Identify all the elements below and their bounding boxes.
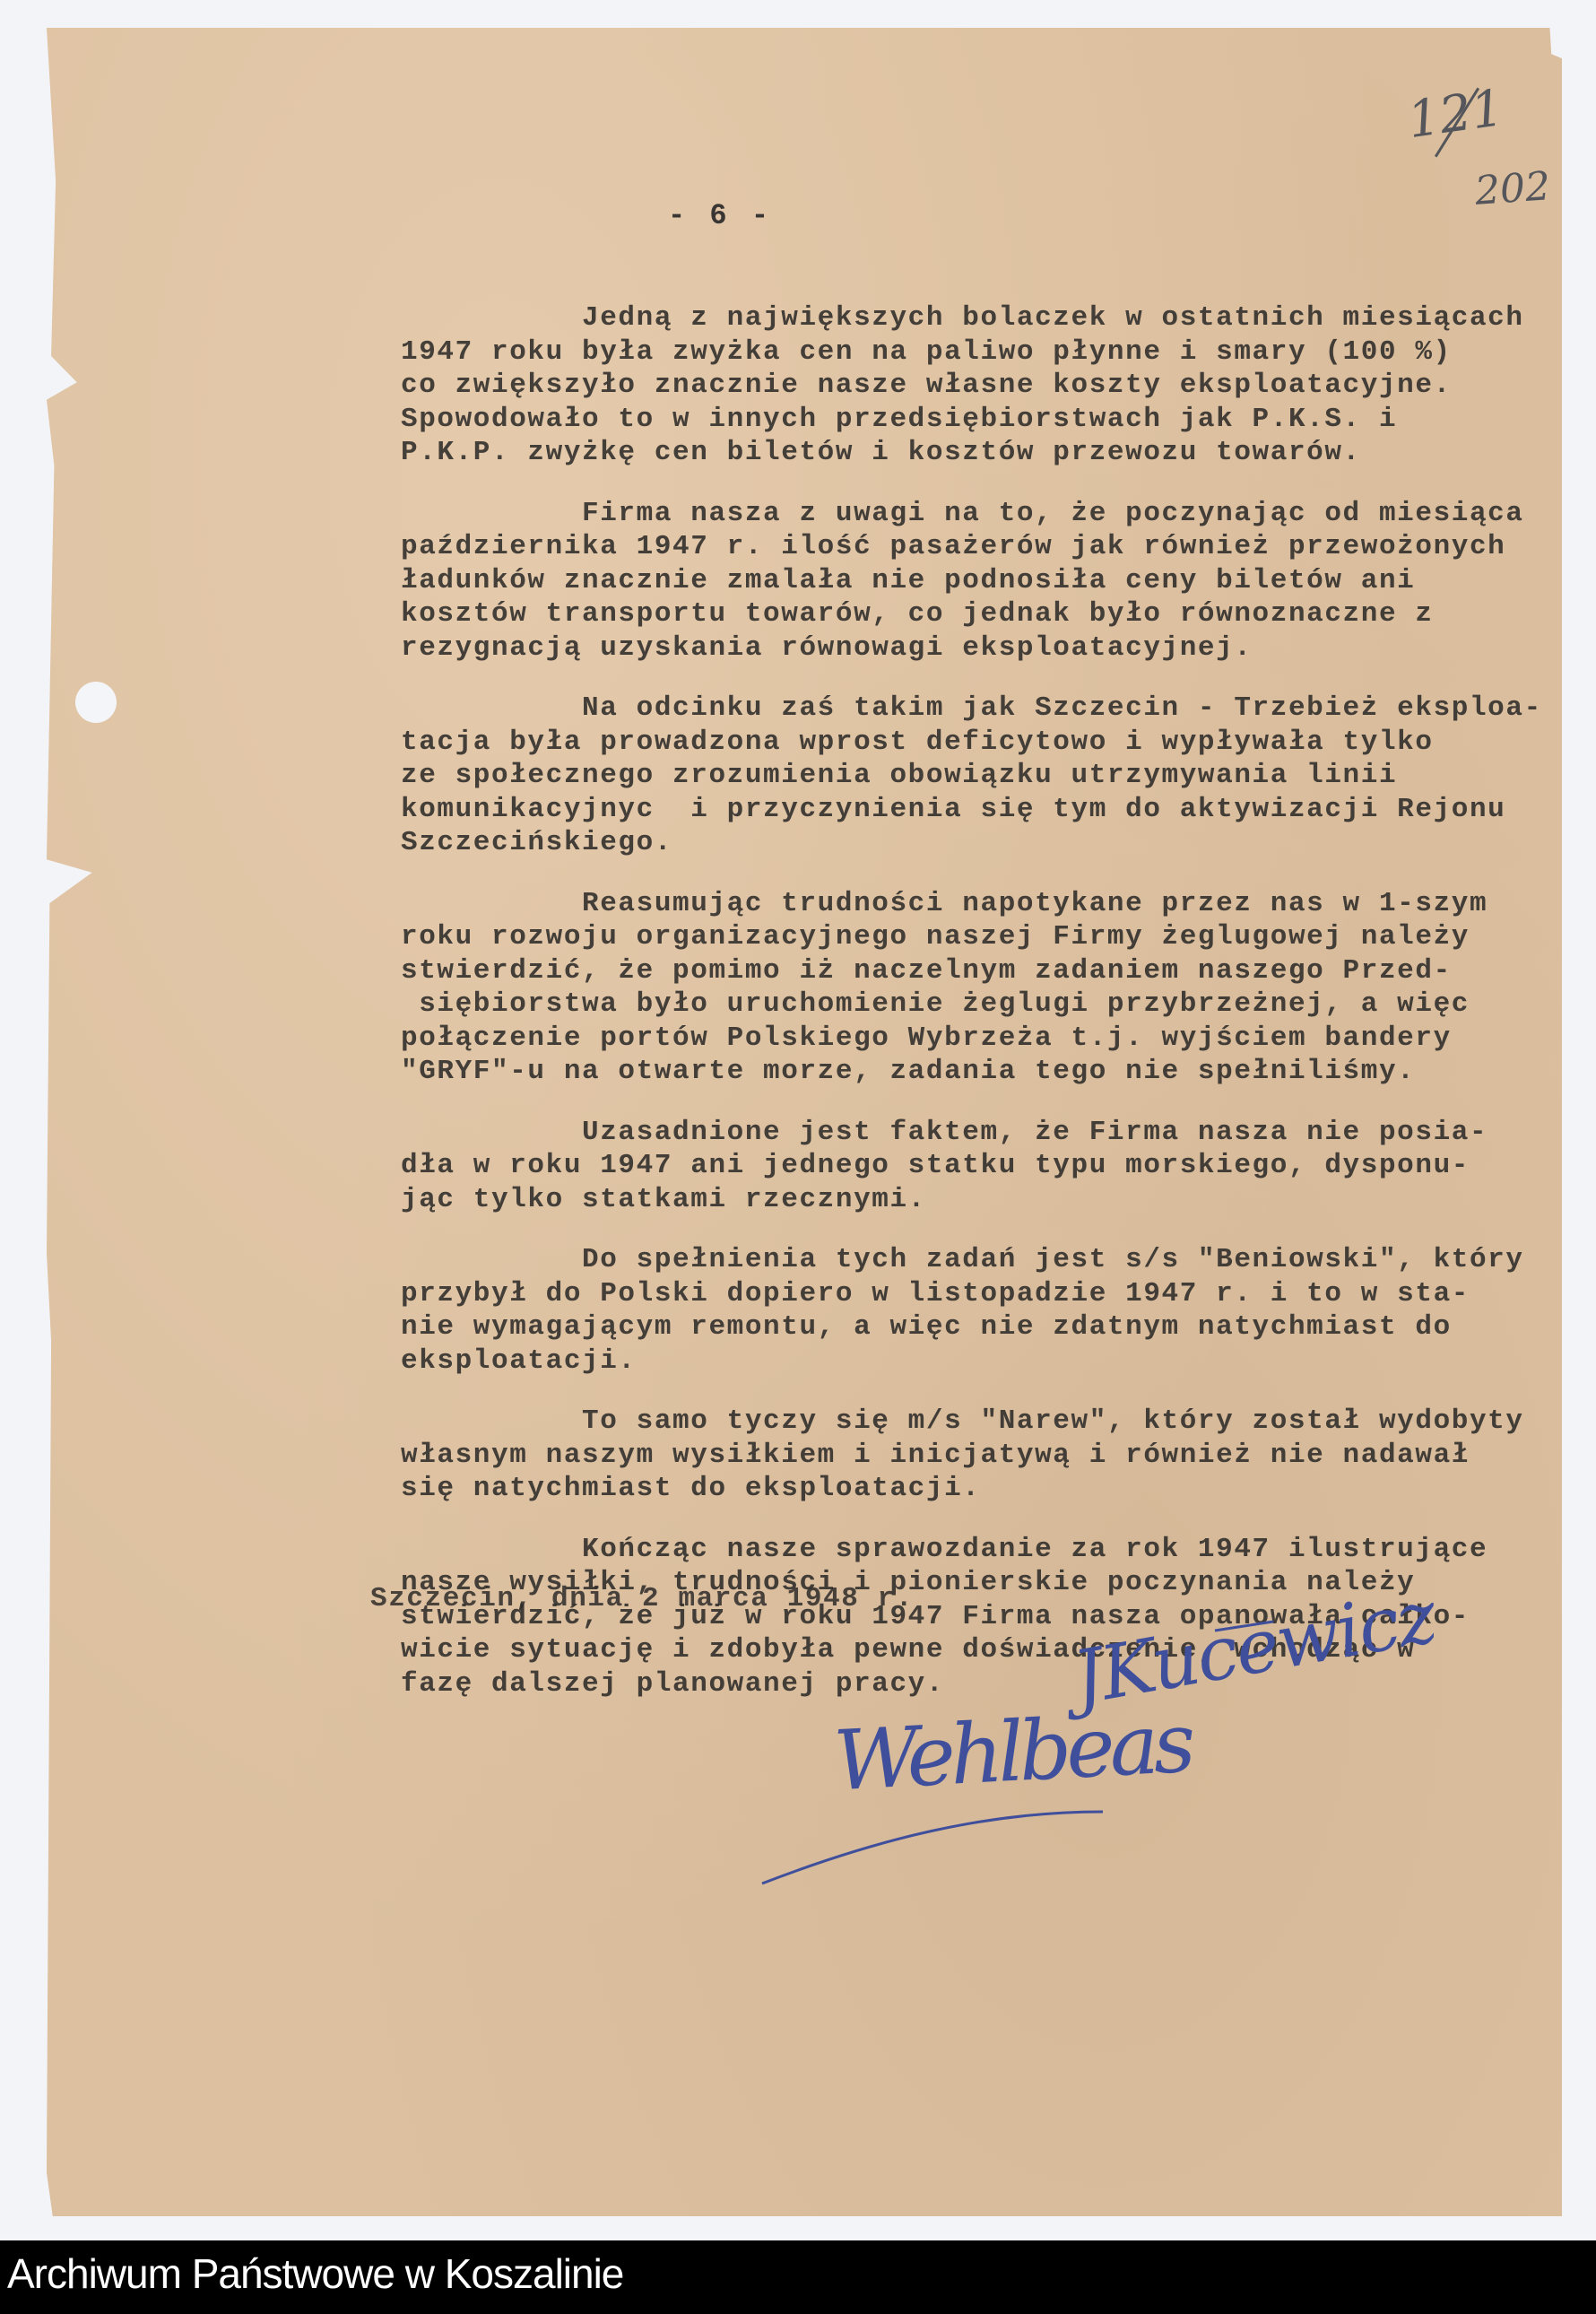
archive-footer-bar: Archiwum Państwowe w Koszalinie [0,2240,1596,2314]
text-line: przybył do Polski dopiero w listopadzie … [401,1277,1566,1311]
text-line: Do spełnienia tych zadań jest s/s "Benio… [401,1243,1566,1277]
archive-name: Archiwum Państwowe w Koszalinie [7,2249,623,2298]
paragraph: To samo tyczy się m/s "Narew", który zos… [401,1405,1566,1506]
text-line: tacja była prowadzona wprost deficytowo … [401,726,1566,760]
paragraph: Uzasadnione jest faktem, że Firma nasza … [401,1116,1566,1217]
text-line: stwierdzić, że pomimo iż naczelnym zadan… [401,954,1566,988]
text-line: Na odcinku zaś takim jak Szczecin - Trze… [401,692,1566,726]
text-line: siębiorstwa było uruchomienie żeglugi pr… [401,987,1566,1022]
text-line: połączenie portów Polskiego Wybrzeża t.j… [401,1022,1566,1056]
date-line: Szczecin, dnia 2 marca 1948 r. [370,1583,914,1614]
text-line: eksploatacji. [401,1344,1566,1379]
paragraph: Firma nasza z uwagi na to, że poczynając… [401,497,1566,665]
text-line: jąc tylko statkami rzecznymi. [401,1183,1566,1217]
document-body: Jedną z największych bolaczek w ostatnic… [401,301,1566,1727]
text-line: komunikacyjnyc i przyczynienia się tym d… [401,793,1566,827]
text-line: To samo tyczy się m/s "Narew", który zos… [401,1405,1566,1439]
paragraph: Na odcinku zaś takim jak Szczecin - Trze… [401,692,1566,860]
text-line: Kończąc nasze sprawozdanie za rok 1947 i… [401,1533,1566,1567]
text-line: co zwiększyło znacznie nasze własne kosz… [401,369,1566,403]
text-line: Uzasadnione jest faktem, że Firma nasza … [401,1116,1566,1150]
paragraph: Reasumując trudności napotykane przez na… [401,887,1566,1089]
text-line: się natychmiast do eksploatacji. [401,1472,1566,1506]
text-line: nie wymagającym remontu, a więc nie zdat… [401,1310,1566,1344]
paragraph: Jedną z największych bolaczek w ostatnic… [401,301,1566,470]
text-line: "GRYF"-u na otwarte morze, zadania tego … [401,1055,1566,1089]
text-line: własnym naszym wysiłkiem i inicjatywą i … [401,1439,1566,1473]
text-line: ze społecznego zrozumienia obowiązku utr… [401,759,1566,793]
text-line: Firma nasza z uwagi na to, że poczynając… [401,497,1566,531]
text-line: P.K.P. zwyżkę cen biletów i kosztów prze… [401,436,1566,470]
archive-number-new: 202 [1473,163,1551,214]
text-line: rezygnacją uzyskania równowagi eksploata… [401,631,1566,665]
text-line: października 1947 r. ilość pasażerów jak… [401,530,1566,564]
text-line: 1947 roku była zwyżka cen na paliwo płyn… [401,335,1566,370]
text-line: fazę dalszej planowanej pracy. [401,1667,1566,1701]
text-line: ładunków znacznie zmalała nie podnosiła … [401,564,1566,598]
signature-2: Wehlbeas [831,1695,1193,1810]
text-line: dła w roku 1947 ani jednego statku typu … [401,1149,1566,1183]
text-line: roku rozwoju organizacyjnego naszej Firm… [401,920,1566,954]
text-line: Szczecińskiego. [401,826,1566,860]
text-line: Jedną z największych bolaczek w ostatnic… [401,301,1566,335]
text-line: Spowodowało to w innych przedsiębiorstwa… [401,403,1566,437]
text-line: Reasumując trudności napotykane przez na… [401,887,1566,921]
page-number: - 6 - [668,199,772,232]
text-line: kosztów transportu towarów, co jednak by… [401,597,1566,631]
paragraph: Do spełnienia tych zadań jest s/s "Benio… [401,1243,1566,1378]
punch-hole [75,682,117,723]
